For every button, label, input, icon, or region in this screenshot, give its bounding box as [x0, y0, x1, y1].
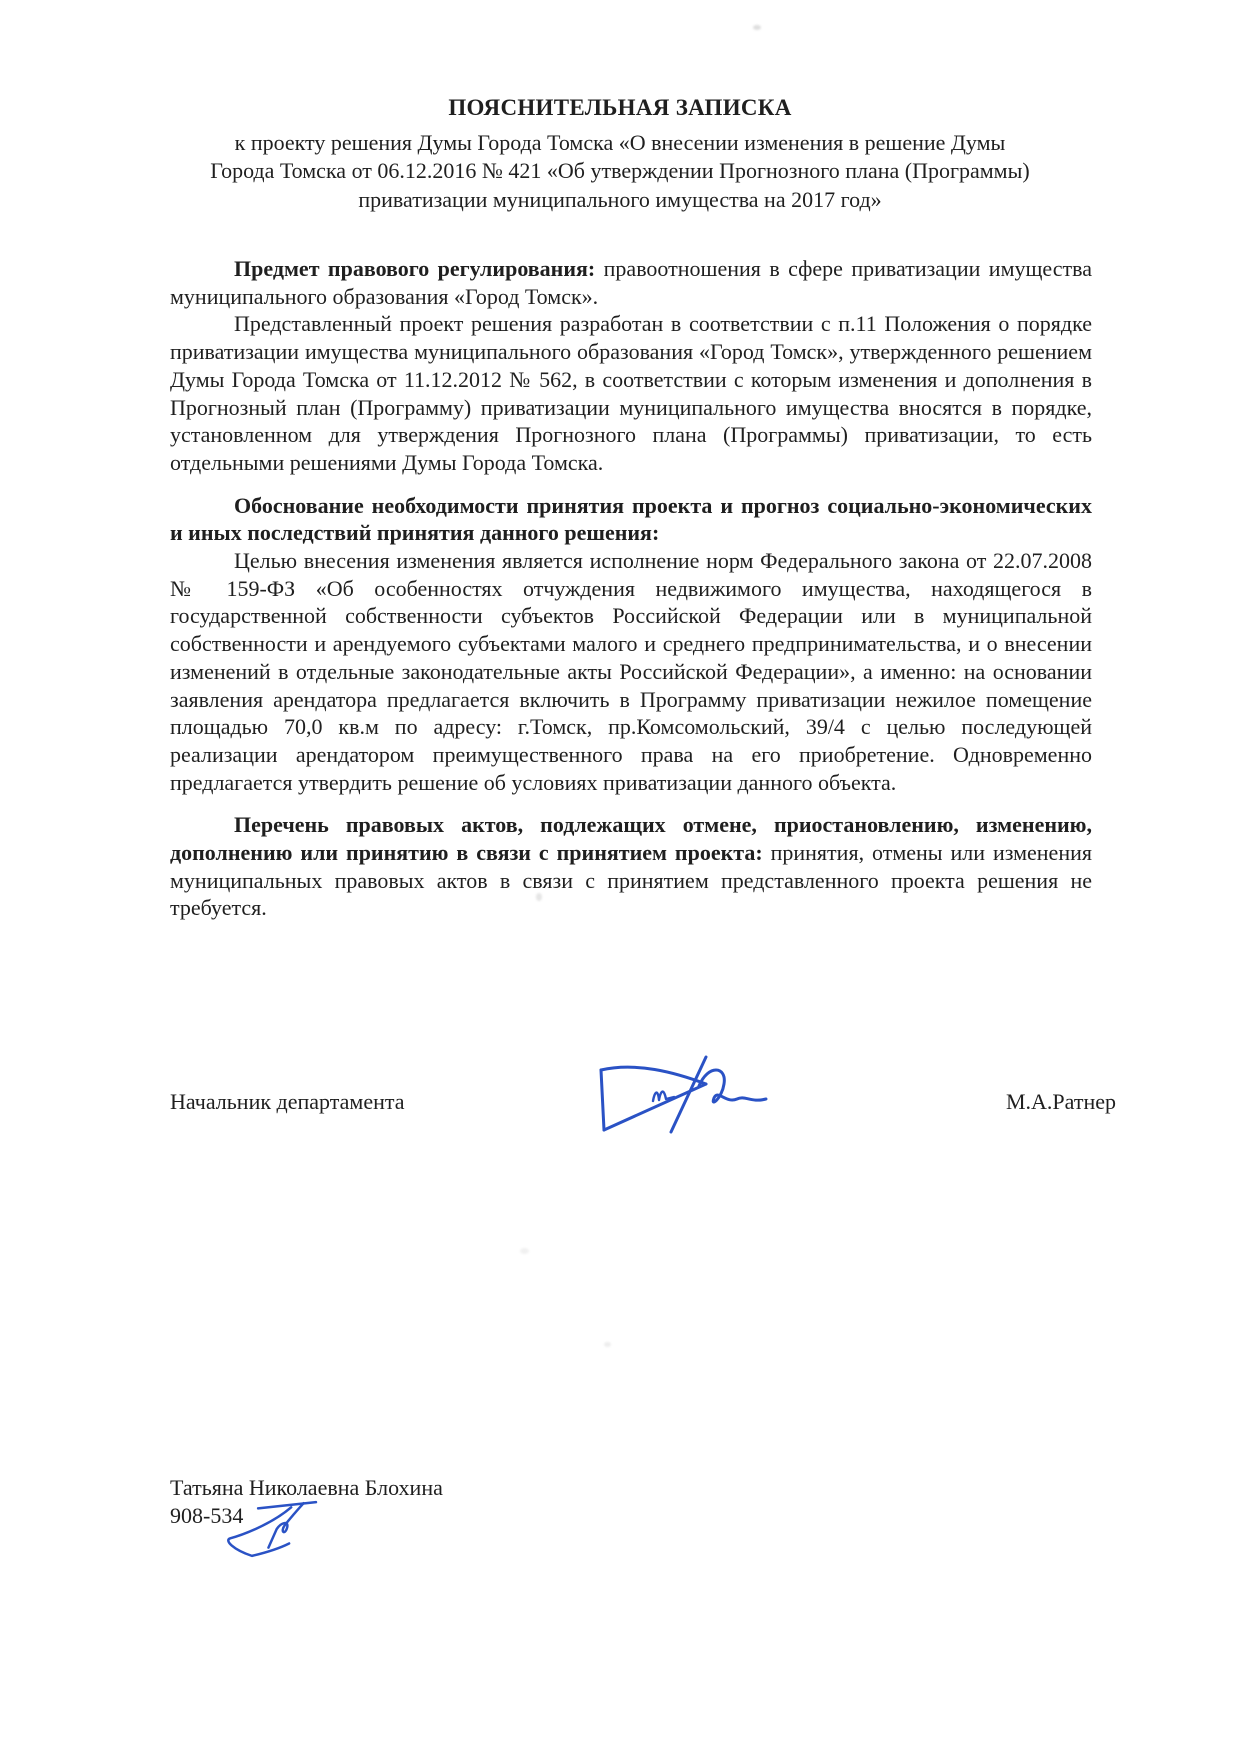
- paragraph-subject: Предмет правового регулирования: правоот…: [170, 255, 1092, 310]
- title-block: ПОЯСНИТЕЛЬНАЯ ЗАПИСКА к проекту решения …: [0, 94, 1240, 214]
- subject-lead-label: Предмет правового регулирования:: [234, 256, 595, 281]
- blokhina-handwritten-signature: [220, 1498, 320, 1560]
- paragraph-subject-details: Представленный проект решения разработан…: [170, 310, 1092, 476]
- paragraph-acts-list: Перечень правовых актов, подлежащих отме…: [170, 811, 1092, 922]
- document-body: Предмет правового регулирования: правоот…: [170, 255, 1092, 922]
- scan-speck: [520, 1248, 529, 1254]
- scan-speck: [604, 1342, 611, 1347]
- document-subtitle-line-2: Города Томска от 06.12.2016 № 421 «Об ут…: [0, 157, 1240, 186]
- scan-speck: [753, 25, 761, 30]
- scan-speck: [536, 893, 542, 901]
- paragraph-justification-body: Целью внесения изменения является исполн…: [170, 547, 1092, 796]
- document-subtitle-line-1: к проекту решения Думы Города Томска «О …: [0, 129, 1240, 158]
- paragraph-justification-heading: Обоснование необходимости принятия проек…: [170, 492, 1092, 547]
- signatory-position-label: Начальник департамента: [170, 1088, 405, 1116]
- ratner-handwritten-signature: [596, 1054, 776, 1146]
- document-page: ПОЯСНИТЕЛЬНАЯ ЗАПИСКА к проекту решения …: [0, 0, 1240, 1753]
- signatory-name: М.А.Ратнер: [1006, 1088, 1116, 1116]
- document-subtitle-line-3: приватизации муниципального имущества на…: [0, 186, 1240, 215]
- document-title: ПОЯСНИТЕЛЬНАЯ ЗАПИСКА: [0, 94, 1240, 123]
